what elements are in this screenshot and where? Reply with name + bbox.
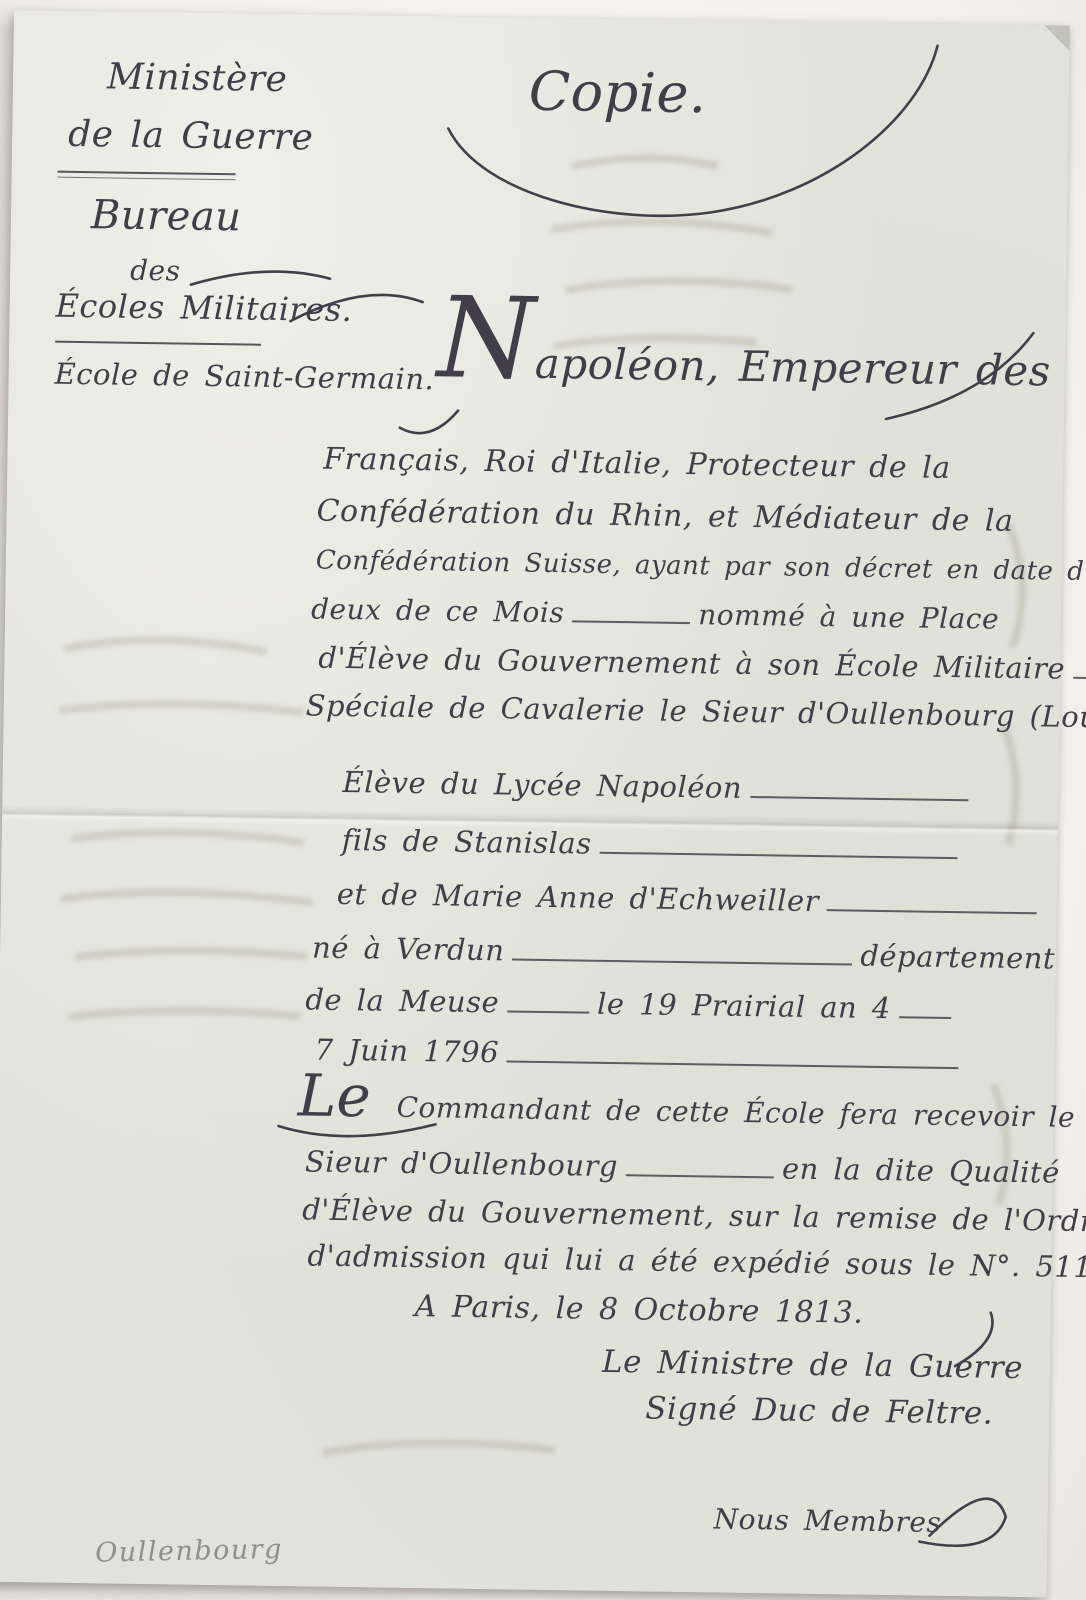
annotation-pencil-name: Oullenbourg xyxy=(95,1535,283,1568)
letterhead-school: École de Saint-Germain. xyxy=(54,359,434,397)
body2-line4: d'admission qui lui a été expédié sous l… xyxy=(307,1240,1086,1284)
blank-line xyxy=(750,793,968,801)
field-date-gregorienne: 7 Juin 1796 xyxy=(314,1035,967,1077)
body2-line1: LeCommandant de cette École fera recevoi… xyxy=(298,1092,1076,1132)
field-eleve: Élève du Lycée Napoléon xyxy=(342,767,976,808)
blank-line xyxy=(626,1171,774,1178)
closing-minister: Le Ministre de la Guerre xyxy=(602,1345,1024,1385)
body2-line3: d'Élève du Gouvernement, sur la remise d… xyxy=(302,1194,1086,1238)
blank-line xyxy=(827,906,1037,914)
letterhead-ministry-line1: Ministère xyxy=(107,57,288,99)
folded-corner xyxy=(1044,25,1070,51)
body2-line2a: Sieur d'Oullenbourg xyxy=(305,1144,619,1183)
body1-line1: Français, Roi d'Italie, Protecteur de la xyxy=(323,443,951,485)
field-fils-text: fils de Stanislas xyxy=(341,823,591,861)
blank-line xyxy=(599,849,957,859)
field-departement-label: département xyxy=(860,939,1055,976)
body1-line3: Confédération Suisse, ayant par son décr… xyxy=(316,547,1086,587)
body1-line6: Spéciale de Cavalerie le Sieur d'Oullenb… xyxy=(305,690,1086,734)
body2-line2: Sieur d'Oullenbourgen la dite Qualité xyxy=(305,1146,1060,1189)
blank-line xyxy=(1073,674,1086,680)
body1-line4: deux de ce Moisnommé à une Place xyxy=(311,594,999,635)
photo-of-document: { "document_type": "manuscript-letter", … xyxy=(0,0,1086,1600)
field-ne-a-text: né à Verdun xyxy=(312,931,505,968)
field-eleve-text: Élève du Lycée Napoléon xyxy=(342,765,742,805)
manuscript-paper-sheet: Ministère de la Guerre Bureau des Écoles… xyxy=(0,10,1070,1597)
copy-label: Copie. xyxy=(528,62,707,124)
body1-line5: d'Élève du Gouvernement à son École Mili… xyxy=(318,643,1086,687)
blank-line xyxy=(512,955,852,965)
body2-line2b: en la dite Qualité xyxy=(782,1152,1060,1190)
field-date-republicaine: le 19 Prairial an 4 xyxy=(597,987,891,1025)
field-mere-text: et de Marie Anne d'Echweiller xyxy=(337,877,820,918)
field-mere: et de Marie Anne d'Echweiller xyxy=(337,879,1046,921)
letterhead-underline xyxy=(55,341,261,346)
letterhead-double-underline xyxy=(58,171,236,181)
body2-line1-text: Commandant de cette École fera recevoir … xyxy=(396,1091,1075,1134)
body1-line5-text: d'Élève du Gouvernement à son École Mili… xyxy=(318,641,1065,686)
annotation-nous-membres: Nous Membres xyxy=(713,1505,941,1539)
letterhead-ministry-line2: de la Guerre xyxy=(68,115,314,158)
blank-line xyxy=(572,617,690,624)
letterhead-bureau-line1: Bureau xyxy=(91,193,242,239)
body1-line4a: deux de ce Mois xyxy=(311,592,565,629)
letterhead-bureau-line3: Écoles Militaires. xyxy=(55,289,352,329)
body2-le-initial: Le xyxy=(297,1061,371,1130)
blank-line xyxy=(507,1007,589,1013)
closing-signed: Signé Duc de Feltre. xyxy=(645,1392,993,1431)
closing-place-date: A Paris, le 8 Octobre 1813. xyxy=(415,1290,864,1330)
title-line: Napoléon, Empereur des xyxy=(437,338,1052,392)
des-swash xyxy=(191,270,330,286)
field-ne-a: né à Verdundépartement xyxy=(312,933,1055,976)
body1-line2: Confédération du Rhin, et Médiateur de l… xyxy=(316,495,1013,538)
blank-line xyxy=(507,1057,959,1069)
letterhead-bureau-line2: des xyxy=(130,256,181,288)
title-initial: N xyxy=(436,273,536,404)
field-departement-text: de la Meuse xyxy=(305,982,499,1019)
title-rest: apoléon, Empereur des xyxy=(534,339,1051,396)
body1-line4b: nommé à une Place xyxy=(698,598,999,635)
napoleon-n-curl xyxy=(400,410,458,434)
field-departement: de la Meusele 19 Prairial an 4 xyxy=(305,984,959,1026)
blank-line xyxy=(899,1013,951,1019)
